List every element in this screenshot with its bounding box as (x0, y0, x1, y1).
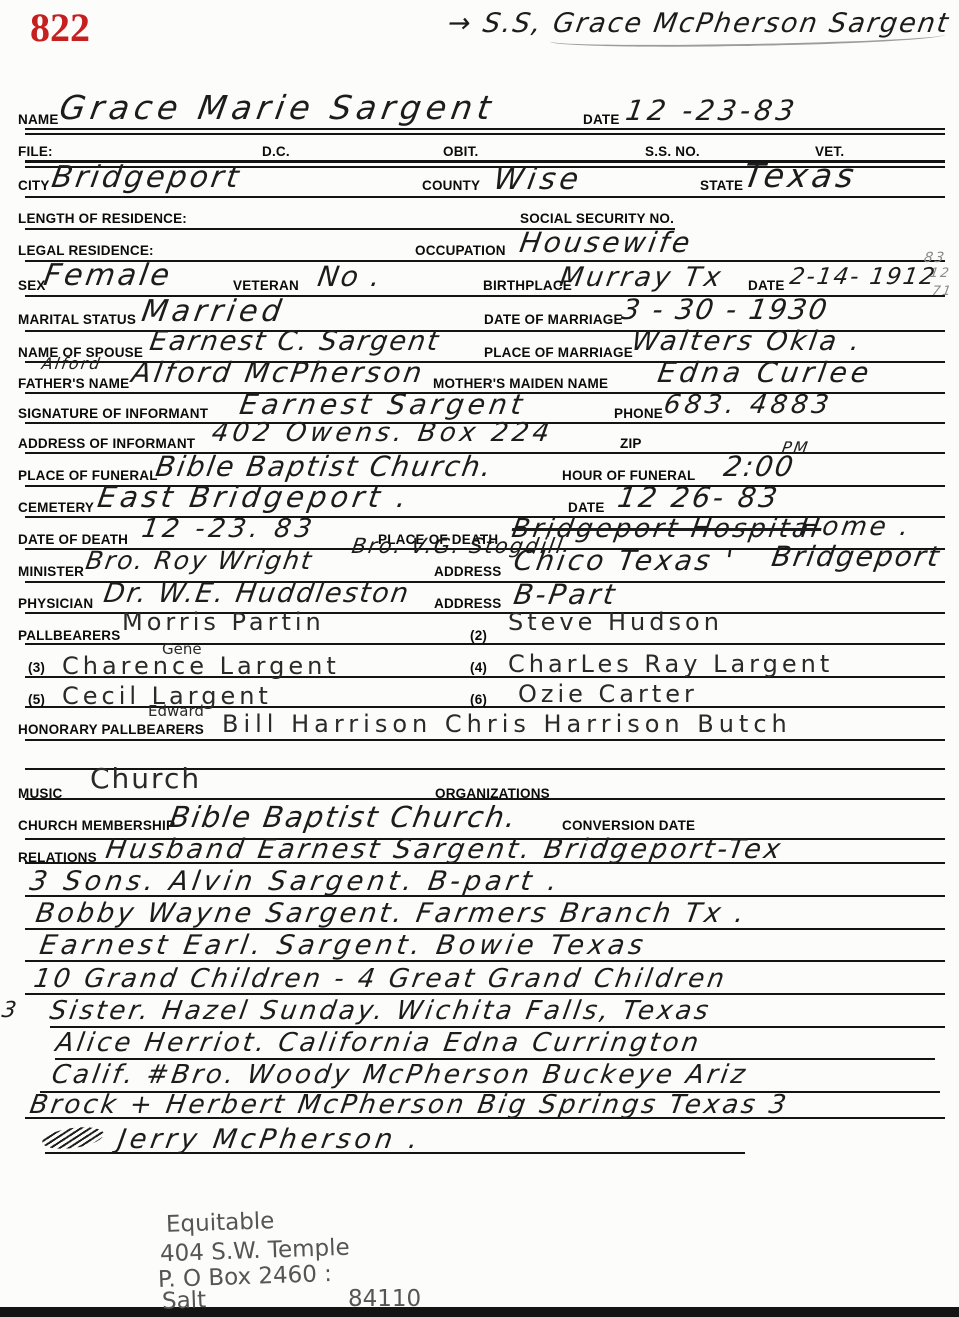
state-label: STATE (700, 178, 743, 193)
social-security-label: SOCIAL SECURITY NO. (520, 211, 674, 226)
form-rule (25, 128, 945, 130)
relations-line-3: Earnest Earl. Sargent. Bowie Texas (38, 930, 650, 961)
relations-line-6: Alice Herriot. California Edna Curringto… (54, 1028, 704, 1058)
marital-status-label: MARITAL STATUS (18, 312, 136, 327)
occupation-value: Housewife (517, 226, 695, 259)
ssno-label: S.S. NO. (645, 144, 700, 159)
pallbearer-4-number: (4) (470, 660, 487, 675)
scribble-mark (41, 1124, 105, 1152)
relations-line-9: Jerry McPherson . (116, 1124, 424, 1155)
physician-label: PHYSICIAN (18, 596, 93, 611)
honorary-pallbearers-label: HONORARY PALLBEARERS (18, 722, 204, 737)
zip-label: ZIP (620, 436, 642, 451)
minister-address-label: ADDRESS (434, 564, 501, 579)
bottom-note-line-4: Salt (162, 1287, 207, 1315)
veteran-value: No . (315, 260, 384, 293)
veteran-label: VETERAN (233, 278, 299, 293)
relations-line-2: Bobby Wayne Sargent. Farmers Branch Tx . (34, 898, 750, 929)
name-of-spouse-value: Earnest C. Sargent (148, 326, 443, 357)
bottom-note-line-1: Equitable (166, 1208, 275, 1238)
pallbearer-6: Ozie Carter (518, 680, 698, 708)
city-value: Bridgeport (49, 160, 244, 195)
name-value: Grace Marie Sargent (57, 88, 499, 127)
relations-line-4: 10 Grand Children - 4 Great Grand Childr… (32, 964, 730, 994)
church-membership-value: Bible Baptist Church. (167, 800, 520, 834)
relations-label: RELATIONS (18, 850, 97, 865)
date-label: DATE (583, 112, 620, 127)
pallbearer-6-number: (6) (470, 692, 487, 707)
fathers-name-value: Alford McPherson (129, 356, 427, 389)
signature-of-informant-value: Earnest Sargent (237, 388, 528, 421)
organizations-label: ORGANIZATIONS (435, 786, 550, 801)
pallbearer-2-number: (2) (470, 628, 487, 643)
place-of-death-kept: Home . (798, 512, 914, 542)
city-label: CITY (18, 178, 50, 193)
honorary-pallbearers-names: Bill Harrison Chris Harrison Butch (222, 710, 792, 738)
cemetery-label: CEMETERY (18, 500, 94, 515)
marital-status-value: Married (139, 294, 287, 329)
pallbearers-label: PALLBEARERS (18, 628, 120, 643)
pencil-age-calc-1: 83 (923, 250, 947, 266)
cemetery-date-value: 12 26- 83 (615, 481, 782, 514)
occupation-label: OCCUPATION (415, 243, 506, 258)
sex-value: Female (41, 258, 175, 293)
page-number: 822 (30, 4, 90, 51)
state-value: Texas (741, 156, 861, 195)
music-label: MUSIC (18, 786, 63, 801)
relations-line-1: 3 Sons. Alvin Sargent. B-part . (28, 866, 564, 897)
legal-residence-label: LEGAL RESIDENCE: (18, 243, 154, 258)
date-of-marriage-label: DATE OF MARRIAGE (484, 312, 623, 327)
cemetery-date-label: DATE (568, 500, 605, 515)
pallbearer-3: Charence Largent (62, 652, 340, 680)
signature-of-informant-label: SIGNATURE OF INFORMANT (18, 406, 208, 421)
physician-value: Dr. W.E. Huddleston (102, 578, 413, 609)
birth-date-value: 2-14- 1912 (788, 264, 938, 290)
phone-value: 683. 4883 (662, 390, 835, 420)
relations-line-8: Brock + Herbert McPherson Big Springs Te… (28, 1090, 791, 1120)
mothers-maiden-name-value: Edna Curlee (655, 356, 875, 389)
minister-value: Bro. Roy Wright (84, 546, 316, 575)
relations-line-7: Calif. #Bro. Woody McPherson Buckeye Ari… (50, 1060, 750, 1090)
date-of-death-value: 12 -23. 83 (140, 514, 318, 544)
pencil-age-calc-2: 12 (929, 266, 952, 281)
honorary-annotation: Edward (148, 702, 204, 720)
father-name-annotation: Alford (40, 354, 103, 373)
birth-date-label: DATE (748, 278, 785, 293)
form-rule (25, 739, 945, 741)
date-of-death-label: DATE OF DEATH (18, 532, 128, 547)
music-value: Church (90, 762, 201, 795)
conversion-date-label: CONVERSION DATE (562, 818, 695, 833)
phone-label: PHONE (614, 406, 663, 421)
relations-margin-note: 3 (0, 998, 20, 1023)
minister-label: MINISTER (18, 564, 84, 579)
physician-address-value: B-Part (511, 578, 620, 611)
address-of-informant-label: ADDRESS OF INFORMANT (18, 436, 195, 451)
hour-of-funeral-suffix: PM (780, 438, 810, 457)
relations-line-0: Husband Earnest Sargent. Bridgeport-Tex (104, 834, 786, 865)
relations-line-5: Sister. Hazel Sunday. Wichita Falls, Tex… (48, 996, 714, 1026)
place-of-marriage-label: PLACE OF MARRIAGE (484, 345, 633, 360)
pallbearer-5-number: (5) (28, 692, 45, 707)
pallbearer-1: Morris Partin (122, 608, 325, 636)
pallbearer-3-number: (3) (28, 660, 45, 675)
physician-address-label: ADDRESS (434, 596, 501, 611)
date-of-marriage-value: 3 - 30 - 1930 (619, 293, 831, 326)
bottom-note-zip: 84110 (348, 1286, 421, 1312)
file-label: FILE: (18, 144, 53, 159)
minister-address-value-2: Bridgeport (769, 540, 943, 573)
length-of-residence-label: LENGTH OF RESIDENCE: (18, 211, 187, 226)
county-label: COUNTY (422, 178, 480, 193)
pencil-age-calc-3: 71 (931, 284, 954, 299)
scanned-funeral-record: 822 → S.S, Grace McPherson Sargent NAME … (0, 0, 959, 1317)
dc-label: D.C. (262, 144, 290, 159)
place-of-funeral-value: Bible Baptist Church. (153, 450, 495, 483)
form-rule (25, 196, 945, 198)
pallbearer-2: Steve Hudson (508, 608, 723, 636)
county-value: Wise (491, 162, 585, 197)
address-of-informant-value: 402 Owens. Box 224 (210, 418, 556, 448)
birthplace-value: Murray Tx (558, 262, 726, 293)
name-label: NAME (18, 112, 59, 127)
fathers-name-label: FATHER'S NAME (18, 376, 129, 391)
obit-label: OBIT. (443, 144, 479, 159)
pallbearer-4: CharLes Ray Largent (508, 650, 833, 678)
minister-address-value: Chico Texas ' (511, 544, 738, 577)
form-rule (25, 133, 945, 135)
church-membership-label: CHURCH MEMBERSHIP (18, 818, 175, 833)
scan-edge-bar (0, 1307, 959, 1317)
cemetery-value: East Bridgeport . (95, 480, 413, 514)
date-value: 12 -23-83 (623, 94, 800, 127)
place-of-marriage-value: Walters Okla . (630, 326, 865, 357)
